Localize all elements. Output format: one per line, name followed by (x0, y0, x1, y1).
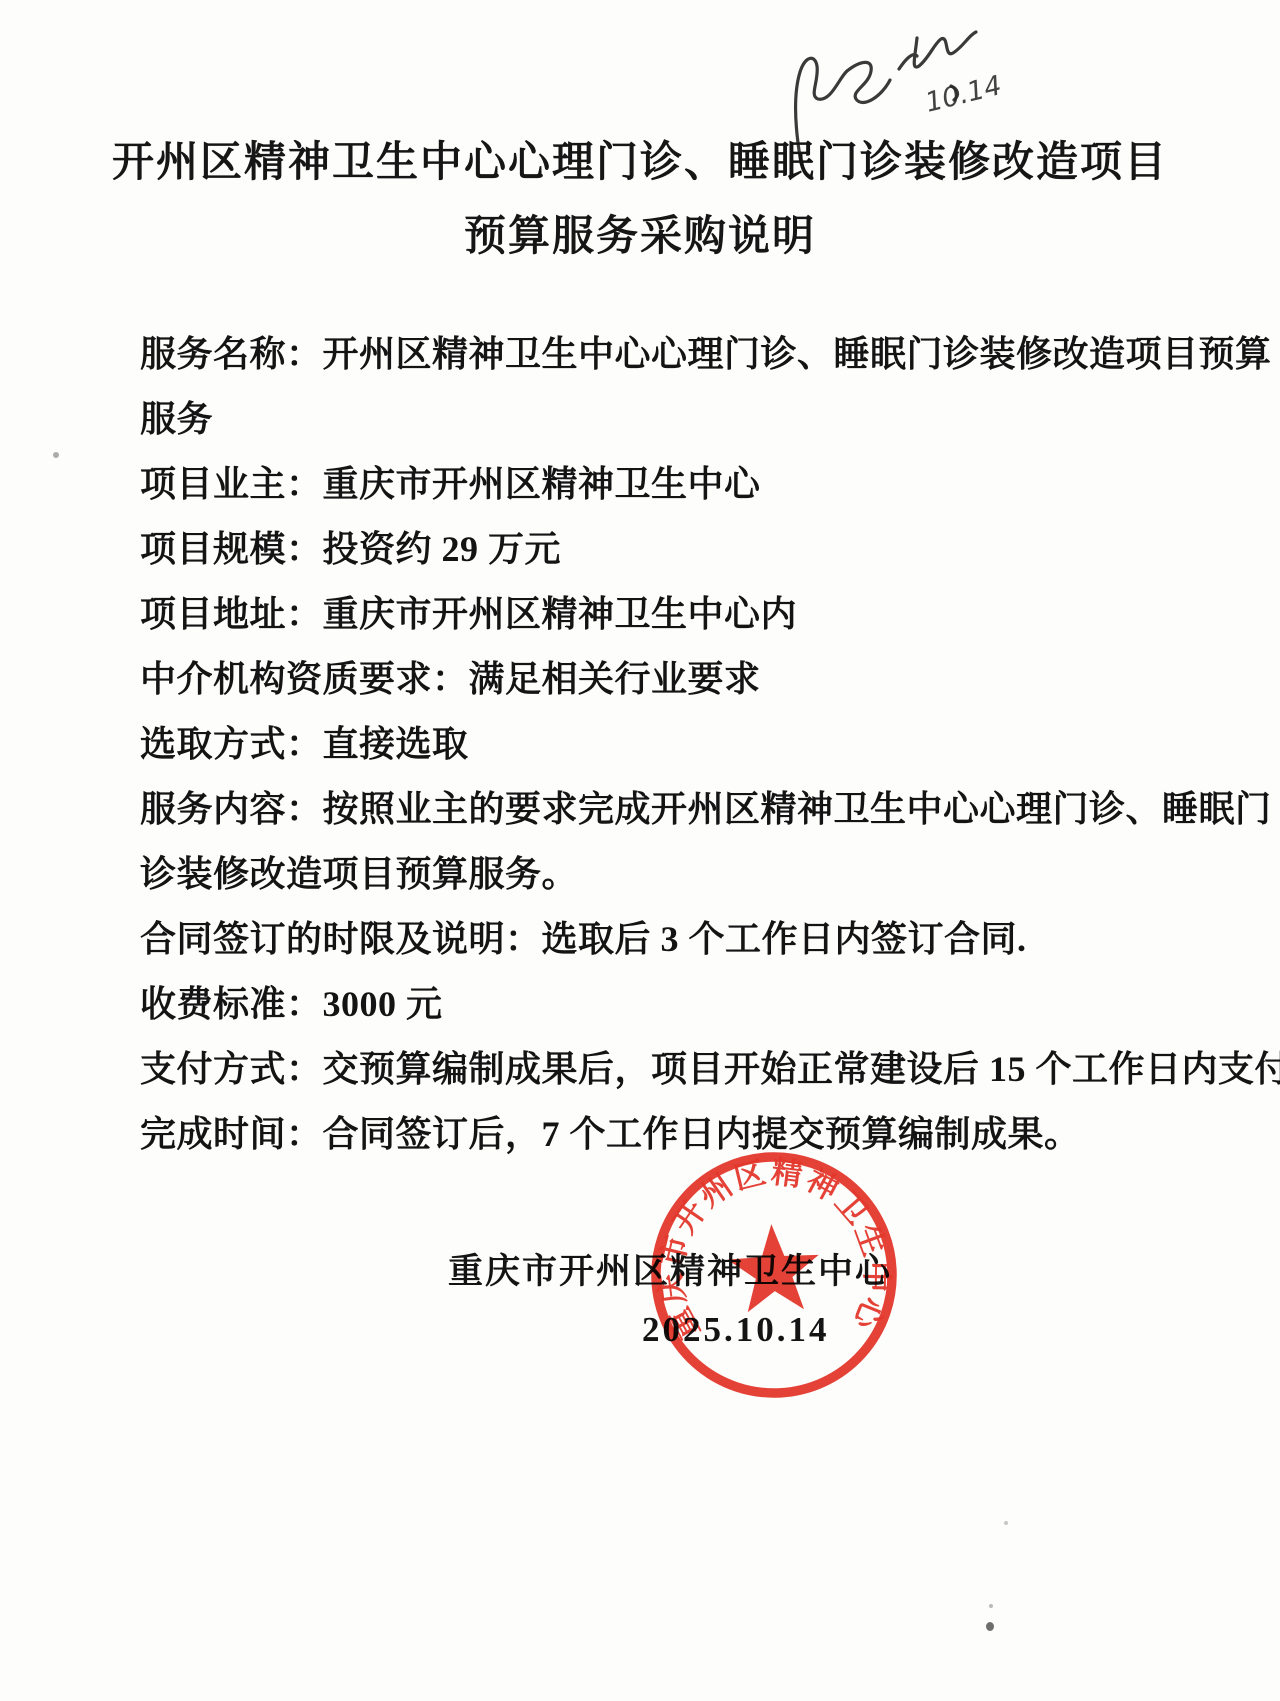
ink-speck (53, 452, 59, 458)
document-line: 诊装修改造项目预算服务。 (140, 842, 1080, 907)
document-line: 中介机构资质要求：满足相关行业要求 (140, 647, 1080, 712)
document-line: 服务名称：开州区精神卫生中心心理门诊、睡眠门诊装修改造项目预算 (140, 322, 1080, 387)
document-body: 服务名称：开州区精神卫生中心心理门诊、睡眠门诊装修改造项目预算 服务 项目业主：… (140, 322, 1080, 1167)
document-title: 开州区精神卫生中心心理门诊、睡眠门诊装修改造项目 预算服务采购说明 (0, 126, 1280, 274)
document-line: 完成时间：合同签订后，7 个工作日内提交预算编制成果。 (140, 1102, 1080, 1167)
document-line: 支付方式：交预算编制成果后，项目开始正常建设后 15 个工作日内支付 (140, 1037, 1080, 1102)
document-line: 收费标准：3000 元 (140, 972, 1080, 1037)
ink-speck (986, 1622, 994, 1631)
scanned-document-page: 10.14 开州区精神卫生中心心理门诊、睡眠门诊装修改造项目 预算服务采购说明 … (0, 0, 1280, 1701)
document-line: 选取方式：直接选取 (140, 712, 1080, 777)
signature-date: 2025.10.14 (642, 1310, 830, 1350)
document-line: 服务内容：按照业主的要求完成开州区精神卫生中心心理门诊、睡眠门 (140, 777, 1080, 842)
document-title-line1: 开州区精神卫生中心心理门诊、睡眠门诊装修改造项目 (0, 126, 1280, 200)
document-line: 项目规模：投资约 29 万元 (140, 517, 1080, 582)
document-line: 项目地址：重庆市开州区精神卫生中心内 (140, 582, 1080, 647)
handwritten-date-note: 10.14 (922, 70, 1005, 119)
document-line: 合同签订的时限及说明：选取后 3 个工作日内签订合同. (140, 907, 1080, 972)
ink-speck (989, 1604, 993, 1608)
document-line: 服务 (140, 387, 1080, 452)
ink-speck (1004, 1521, 1008, 1525)
document-title-line2: 预算服务采购说明 (0, 200, 1280, 274)
document-line: 项目业主：重庆市开州区精神卫生中心 (140, 452, 1080, 517)
signature-org-name: 重庆市开州区精神卫生中心 (448, 1244, 892, 1294)
